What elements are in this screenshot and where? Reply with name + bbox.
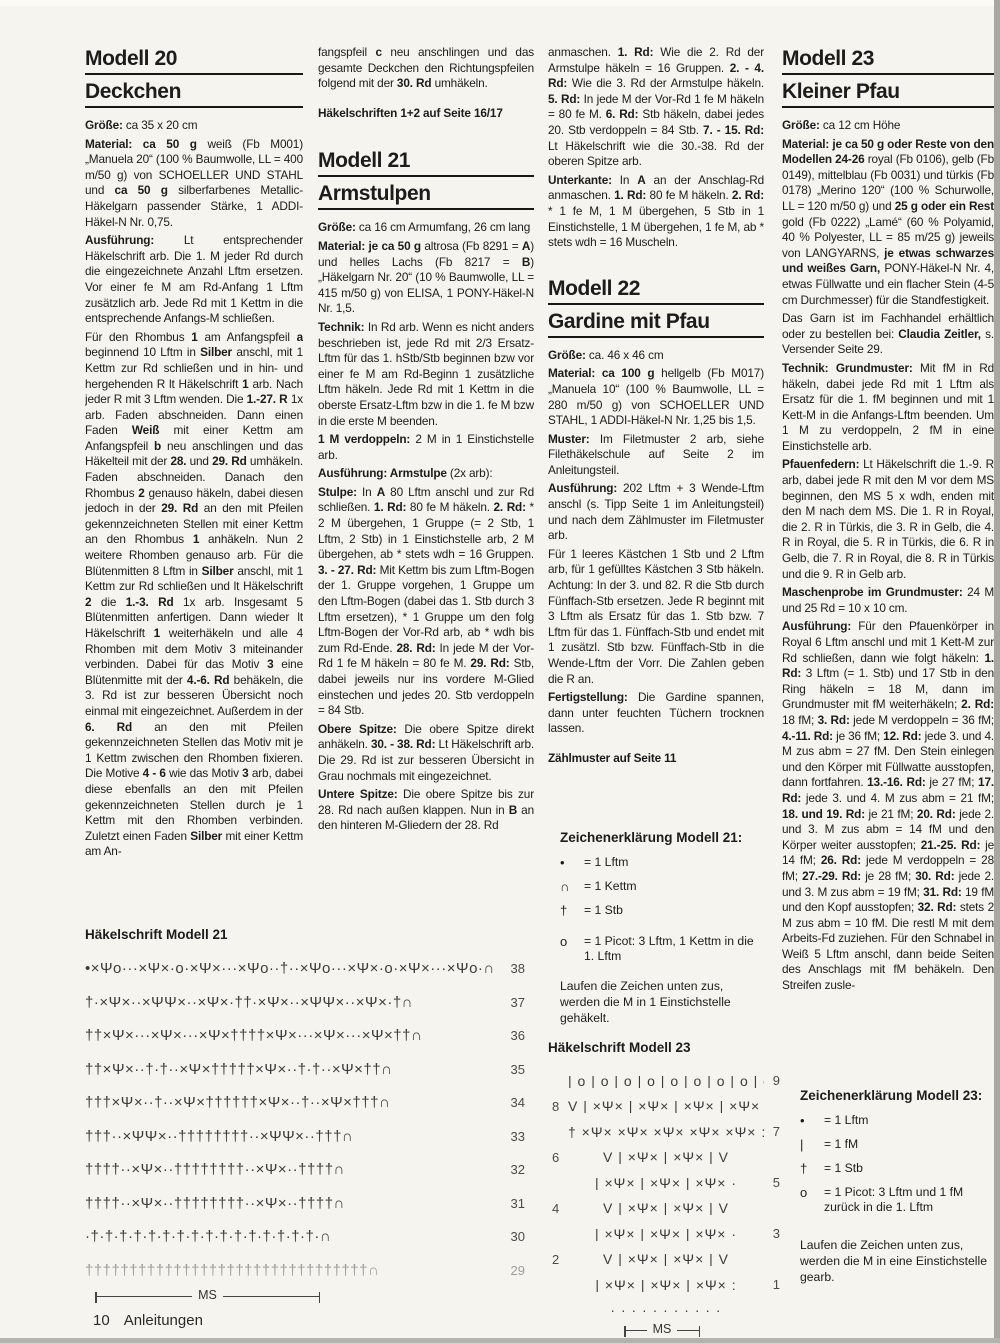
page-number: 10 [93, 1312, 110, 1329]
lftm-symbol: • [800, 1113, 824, 1128]
chart-row: 4V | ×Ψ× | ×Ψ× | V [552, 1196, 780, 1222]
paragraph: Ausführung: Armstulpe (2x arb): [318, 466, 534, 482]
heading-armstulpen: Armstulpen [318, 182, 534, 210]
row-number: 1 [764, 1277, 780, 1292]
column-4: Modell 23 Kleiner Pfau Größe: ca 12 cm H… [782, 45, 994, 1080]
legend-modell-23: Zeichenerklärung Modell 23: •= 1 Lftm |=… [800, 1088, 996, 1285]
chart-row: | ×Ψ× | ×Ψ× | ×Ψ× ·3 [552, 1221, 780, 1247]
row-number: 29 [495, 1263, 525, 1278]
chart-row-symbols: ††††··×Ψ×··††††††††··×Ψ×··††††∩ [85, 1196, 495, 1211]
chart-row-symbols: | ×Ψ× | ×Ψ× | ×Ψ× : [568, 1278, 764, 1292]
row-number: 34 [495, 1095, 525, 1110]
row-number: 4 [552, 1201, 568, 1216]
chart-row-symbols: ·†·†·†·†·†·†·†·†·†·†·†·†·†·†·†·†·∩ [85, 1229, 495, 1244]
legend-item: †= 1 Stb [560, 903, 765, 918]
chart-row: ††×Ψ×··†·†··×Ψ×†††††×Ψ×··†·†··×Ψ×††∩35 [85, 1053, 525, 1087]
paragraph: Größe: ca 16 cm Armumfang, 26 cm lang [318, 220, 534, 236]
modell-23-heading: Modell 23 Kleiner Pfau [782, 47, 994, 108]
paragraph: Für 1 leeres Kästchen 1 Stb und 2 Lftm a… [548, 547, 764, 687]
kettm-symbol: ∩ [560, 879, 584, 894]
chart23-heading: Häkelschrift Modell 23 [548, 1040, 691, 1055]
haekelschrift-modell-21-chart: •×Ψo···×Ψ×·o·×Ψ×···×Ψo··†··×Ψo···×Ψ×·o·×… [85, 952, 525, 1303]
paragraph: Das Garn ist im Fachhandel erhältlich od… [782, 311, 994, 358]
fm-symbol: | [800, 1137, 824, 1152]
chart-row: †††×Ψ×··†··×Ψ×††††††×Ψ×··†··×Ψ×†††∩34 [85, 1086, 525, 1120]
chart-row-symbols: •×Ψo···×Ψ×·o·×Ψ×···×Ψo··†··×Ψo···×Ψ×·o·×… [85, 961, 495, 976]
chart-row-symbols: | o | o | o | o | o | o | o | o | o | o … [568, 1074, 764, 1088]
chart-row: 2V | ×Ψ× | ×Ψ× | V [552, 1247, 780, 1273]
row-number: 37 [495, 995, 525, 1010]
row-number: 3 [764, 1226, 780, 1241]
legend-item: •= 1 Lftm [800, 1113, 996, 1128]
row-number: 35 [495, 1062, 525, 1077]
row-number: 6 [552, 1150, 568, 1165]
chart-row: ·†·†·†·†·†·†·†·†·†·†·†·†·†·†·†·†·∩30 [85, 1220, 525, 1254]
chart-row-symbols: †††×Ψ×··†··×Ψ×††††††×Ψ×··†··×Ψ×†††∩ [85, 1095, 495, 1110]
chart-row-symbols: · · · · · · · · · · · [568, 1303, 764, 1317]
paragraph: Maschenprobe im Grundmuster: 24 M und 25… [782, 585, 994, 616]
paragraph: Ausführung: 202 Lftm + 3 Wende-Lftm ansc… [548, 481, 764, 543]
chart-row-symbols: ††††††††††††††††††††††††††††††††∩ [85, 1263, 495, 1278]
chart-row: · · · · · · · · · · · [552, 1298, 780, 1324]
chart-row-symbols: †††··×ΨΨ×··††††††††··×ΨΨ×··†††∩ [85, 1129, 495, 1144]
column-1: Modell 20 Deckchen Größe: ca 35 x 20 cm … [85, 45, 303, 920]
paragraph: Technik: In Rd arb. Wenn es nicht anders… [318, 320, 534, 429]
scan-edge-bottom [0, 1338, 1000, 1343]
paragraph: Technik: Grundmuster: Mit fM in Rd häkel… [782, 361, 994, 455]
paragraph: Größe: ca 35 x 20 cm [85, 118, 303, 134]
paragraph: Für den Rhombus 1 am Anfangspfeil a begi… [85, 330, 303, 860]
chart-row: | ×Ψ× | ×Ψ× | ×Ψ× :1 [552, 1272, 780, 1298]
column-3: anmaschen. 1. Rd: Wie die 2. Rd der Arms… [548, 45, 764, 835]
chart-row: | o | o | o | o | o | o | o | o | o | o … [552, 1068, 780, 1094]
chart-row-symbols: ††×Ψ×··†·†··×Ψ×†††††×Ψ×··†·†··×Ψ×††∩ [85, 1062, 495, 1077]
chart-row: †·×Ψ×··×ΨΨ×··×Ψ×·††·×Ψ×··×ΨΨ×··×Ψ×·†∩37 [85, 986, 525, 1020]
ms-label: MS [647, 1322, 678, 1336]
legend-modell-21: Zeichenerklärung Modell 21: •= 1 Lftm ∩=… [560, 830, 765, 1026]
legend-item: |= 1 fM [800, 1137, 996, 1152]
paragraph: Material: je ca 50 g oder Reste von den … [782, 137, 994, 309]
legend-item: ∩= 1 Kettm [560, 879, 765, 894]
row-number: 8 [552, 1099, 568, 1114]
paragraph: Material: ca 50 g weiß (Fb M001) „Manuel… [85, 137, 303, 231]
chart21-heading: Häkelschrift Modell 21 [85, 927, 228, 942]
legend23-note: Laufen die Zeichen unten zus, werden die… [800, 1237, 996, 1285]
chart-row: ††×Ψ×···×Ψ×···×Ψ×††††×Ψ×···×Ψ×···×Ψ×††∩3… [85, 1019, 525, 1053]
paragraph: Pfauenfedern: Lt Häkelschrift die 1.-9. … [782, 457, 994, 582]
paragraph: fangspfeil c neu anschlingen und das ges… [318, 45, 534, 92]
ms-repeat-bracket: MS [95, 1291, 320, 1303]
heading-modell-21: Modell 21 [318, 149, 534, 177]
haekelschrift-modell-23-chart: | o | o | o | o | o | o | o | o | o | o … [552, 1068, 780, 1337]
paragraph: Material: ca 100 g hellgelb (Fb M017) „M… [548, 366, 764, 428]
stb-symbol: † [800, 1161, 824, 1176]
chart-row-symbols: V | ×Ψ× | ×Ψ× | V [568, 1150, 764, 1164]
paragraph: Muster: Im Filetmuster 2 arb, siehe File… [548, 432, 764, 479]
paragraph: Größe: ca. 46 x 46 cm [548, 348, 764, 364]
paragraph: 1 M verdoppeln: 2 M in 1 Einstichstelle … [318, 432, 534, 463]
row-number: 5 [764, 1175, 780, 1190]
modell-22-heading: Modell 22 Gardine mit Pfau [548, 277, 764, 338]
row-number: 30 [495, 1229, 525, 1244]
chart-row-symbols: V | ×Ψ× | ×Ψ× | ×Ψ× | ×Ψ× | ×Ψ [568, 1099, 764, 1113]
chart-row: | ×Ψ× | ×Ψ× | ×Ψ× ·5 [552, 1170, 780, 1196]
chart-row-symbols: V | ×Ψ× | ×Ψ× | V [568, 1201, 764, 1215]
picot-symbol: o [560, 934, 584, 964]
chart-row: 8V | ×Ψ× | ×Ψ× | ×Ψ× | ×Ψ× | ×Ψ [552, 1094, 780, 1120]
chart-row-symbols: † ×Ψ× ×Ψ× ×Ψ× ×Ψ× ×Ψ× : [568, 1125, 764, 1139]
page-footer: 10Anleitungen [93, 1312, 203, 1329]
chart-row: ††††··×Ψ×··††††††††··×Ψ×··††††∩32 [85, 1153, 525, 1187]
paragraph: anmaschen. 1. Rd: Wie die 2. Rd der Arms… [548, 45, 764, 170]
chart-row-symbols: | ×Ψ× | ×Ψ× | ×Ψ× · [568, 1227, 764, 1241]
lftm-symbol: • [560, 855, 584, 870]
stb-symbol: † [560, 903, 584, 918]
paragraph: Untere Spitze: Die obere Spitze bis zur … [318, 787, 534, 834]
chart-row: •×Ψo···×Ψ×·o·×Ψ×···×Ψo··†··×Ψo···×Ψ×·o·×… [85, 952, 525, 986]
zaehlmuster-reference: Zählmuster auf Seite 11 [548, 751, 764, 767]
chart-row: †††··×ΨΨ×··††††††††··×ΨΨ×··†††∩33 [85, 1120, 525, 1154]
haekelschriften-reference: Häkelschriften 1+2 auf Seite 16/17 [318, 106, 534, 122]
chart-row-symbols: ††×Ψ×···×Ψ×···×Ψ×††††×Ψ×···×Ψ×···×Ψ×††∩ [85, 1028, 495, 1043]
ms-repeat-bracket: MS [624, 1325, 700, 1337]
paragraph: Größe: ca 12 cm Höhe [782, 118, 994, 134]
column-2: fangspfeil c neu anschlingen und das ges… [318, 45, 534, 955]
heading-gardine-mit-pfau: Gardine mit Pfau [548, 310, 764, 338]
chart-row: † ×Ψ× ×Ψ× ×Ψ× ×Ψ× ×Ψ× :7 [552, 1119, 780, 1145]
footer-section-label: Anleitungen [124, 1312, 203, 1329]
paragraph: Ausführung: Lt entsprechender Häkelschri… [85, 233, 303, 327]
chart-row: ††††··×Ψ×··††††††††··×Ψ×··††††∩31 [85, 1187, 525, 1221]
chart-row-symbols: †·×Ψ×··×ΨΨ×··×Ψ×·††·×Ψ×··×ΨΨ×··×Ψ×·†∩ [85, 995, 495, 1010]
heading-modell-23: Modell 23 [782, 47, 994, 75]
paragraph: Material: je ca 50 g altrosa (Fb 8291 = … [318, 239, 534, 317]
legend21-note: Laufen die Zeichen unten zus, werden die… [560, 978, 765, 1026]
row-number: 36 [495, 1028, 525, 1043]
paragraph: Unterkante: In A an der Anschlag-Rd anma… [548, 173, 764, 251]
row-number: 33 [495, 1129, 525, 1144]
legend23-title: Zeichenerklärung Modell 23: [800, 1088, 996, 1103]
row-number: 7 [764, 1124, 780, 1139]
row-number: 9 [764, 1073, 780, 1088]
legend-item: •= 1 Lftm [560, 855, 765, 870]
legend-item: o= 1 Picot: 3 Lftm und 1 fM zurück in di… [800, 1185, 996, 1215]
paragraph: Stulpe: In A 80 Lftm anschl und zur Rd s… [318, 485, 534, 719]
heading-kleiner-pfau: Kleiner Pfau [782, 80, 994, 108]
heading-modell-22: Modell 22 [548, 277, 764, 305]
paragraph: Obere Spitze: Die obere Spitze direkt an… [318, 722, 534, 784]
chart-row-gray: ††††††††††††††††††††††††††††††††∩29 [85, 1254, 525, 1288]
legend-item: †= 1 Stb [800, 1161, 996, 1176]
paragraph: Ausführung: Für den Pfauenkörper in Roya… [782, 619, 994, 993]
modell-21-heading: Modell 21 Armstulpen [318, 149, 534, 210]
chart-row-symbols: ††††··×Ψ×··††††††††··×Ψ×··††††∩ [85, 1162, 495, 1177]
ms-label: MS [192, 1288, 223, 1302]
row-number: 2 [552, 1252, 568, 1267]
chart-row-symbols: | ×Ψ× | ×Ψ× | ×Ψ× · [568, 1176, 764, 1190]
legend-item: o= 1 Picot: 3 Lftm, 1 Kettm in die 1. Lf… [560, 934, 765, 964]
picot-symbol: o [800, 1185, 824, 1215]
paragraph: Fertigstellung: Die Gardine spannen, dan… [548, 690, 764, 737]
heading-deckchen: Deckchen [85, 80, 303, 108]
row-number: 38 [495, 961, 525, 976]
legend21-title: Zeichenerklärung Modell 21: [560, 830, 765, 845]
row-number: 31 [495, 1196, 525, 1211]
modell-20-heading: Modell 20 Deckchen [85, 47, 303, 108]
heading-modell-20: Modell 20 [85, 47, 303, 75]
scan-edge-top [0, 0, 1000, 6]
chart-row: 6V | ×Ψ× | ×Ψ× | V [552, 1145, 780, 1171]
row-number: 32 [495, 1162, 525, 1177]
chart-row-symbols: V | ×Ψ× | ×Ψ× | V [568, 1252, 764, 1266]
